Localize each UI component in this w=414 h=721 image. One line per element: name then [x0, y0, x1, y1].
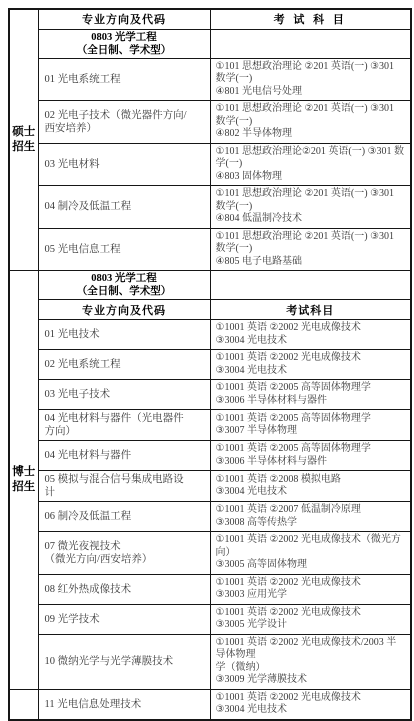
program-name-cell: 01 光电系统工程: [38, 58, 210, 101]
exam-subjects-cell: ①1001 英语 ②2002 光电成像技术（微光方向） ③3005 高等固体物理: [210, 532, 411, 575]
table-row: 硕士 招生专业方向及代码考 试 科 目: [9, 9, 411, 29]
table-row: 博士 招生0803 光学工程 （全日制、学术型）: [9, 271, 411, 300]
table-row: 04 光电材料与器件（光电器件 方向）①1001 英语 ②2005 高等固体物理…: [9, 410, 411, 441]
table-row: 07 微光夜视技术 （微光方向/西安培养）①1001 英语 ②2002 光电成像…: [9, 532, 411, 575]
table-row: 05 模拟与混合信号集成电路设 计①1001 英语 ②2008 模拟电路 ③30…: [9, 471, 411, 502]
table-row: 06 制冷及低温工程①1001 英语 ②2007 低温制冷原理 ③3008 高等…: [9, 502, 411, 532]
admissions-table: 硕士 招生专业方向及代码考 试 科 目0803 光学工程 （全日制、学术型）01…: [8, 8, 412, 612]
program-name-cell: 04 光电材料与器件: [38, 441, 210, 471]
side-label-doctoral: 博士 招生: [9, 271, 38, 613]
program-name-cell: 07 微光夜视技术 （微光方向/西安培养）: [38, 532, 210, 575]
table-row: 01 光电技术①1001 英语 ②2002 光电成像技术 ③3004 光电技术: [9, 320, 411, 350]
program-name-cell: 03 光电子技术: [38, 380, 210, 410]
program-name-cell: 08 红外热成像技术: [38, 574, 210, 604]
exam-subjects-cell: ①101 思想政治理论 ②201 英语(一) ③301 数学(一) ④805 电…: [210, 228, 411, 271]
exam-subjects-cell: ①1001 英语 ②2002 光电成像技术 ③3003 应用光学: [210, 574, 411, 604]
exam-subjects-cell: ①1001 英语 ②2005 高等固体物理学 ③3006 半导体材料与器件: [210, 380, 411, 410]
table-row: 02 光电子技术（微光器件方向/ 西安培养）①101 思想政治理论 ②201 英…: [9, 101, 411, 144]
program-name-cell: 06 制冷及低温工程: [38, 502, 210, 532]
program-name-cell: 09 光学技术: [38, 604, 210, 612]
exam-subjects-cell: ①101 思想政治理论②201 英语(一) ③301 数学(一) ④803 固体…: [210, 143, 411, 186]
table-row: 02 光电系统工程①1001 英语 ②2002 光电成像技术 ③3004 光电技…: [9, 350, 411, 380]
admissions-table-body: 硕士 招生专业方向及代码考 试 科 目0803 光学工程 （全日制、学术型）01…: [9, 9, 411, 612]
exam-subjects-cell: ①1001 英语 ②2008 模拟电路 ③3004 光电技术: [210, 471, 411, 502]
table-row: 04 制冷及低温工程①101 思想政治理论 ②201 英语(一) ③301 数学…: [9, 186, 411, 229]
table-row: 05 光电信息工程①101 思想政治理论 ②201 英语(一) ③301 数学(…: [9, 228, 411, 271]
exam-subjects-cell: ①101 思想政治理论 ②201 英语(一) ③301 数学(一) ④802 半…: [210, 101, 411, 144]
exam-subjects-cell: ①1001 英语 ②2005 高等固体物理学 ③3006 半导体材料与器件: [210, 441, 411, 471]
program-name-cell: 01 光电技术: [38, 320, 210, 350]
column-header-exam: 考 试 科 目: [210, 9, 411, 29]
exam-subjects-cell: ①101 思想政治理论 ②201 英语(一) ③301 数学(一) ④801 光…: [210, 58, 411, 101]
exam-subjects-cell: ①1001 英语 ②2007 低温制冷原理 ③3008 高等传热学: [210, 502, 411, 532]
table-row: 09 光学技术①1001 英语 ②2002 光电成像技术 ③3005 光学设计: [9, 604, 411, 612]
table-row: 08 红外热成像技术①1001 英语 ②2002 光电成像技术 ③3003 应用…: [9, 574, 411, 604]
table-row: 01 光电系统工程①101 思想政治理论 ②201 英语(一) ③301 数学(…: [9, 58, 411, 101]
exam-subjects-cell: ①1001 英语 ②2002 光电成像技术 ③3004 光电技术: [210, 350, 411, 380]
program-name-cell: 04 制冷及低温工程: [38, 186, 210, 229]
column-header-exam: 考试科目: [210, 300, 411, 320]
table-row: 04 光电材料与器件①1001 英语 ②2005 高等固体物理学 ③3006 半…: [9, 441, 411, 471]
table-row: 专业方向及代码考试科目: [9, 300, 411, 320]
table-row: 03 光电材料①101 思想政治理论②201 英语(一) ③301 数学(一) …: [9, 143, 411, 186]
program-name-cell: 02 光电系统工程: [38, 350, 210, 380]
group-title: 0803 光学工程 （全日制、学术型）: [38, 271, 210, 300]
group-title-empty-cell: [210, 271, 411, 300]
group-title: 0803 光学工程 （全日制、学术型）: [38, 29, 210, 58]
program-name-cell: 04 光电材料与器件（光电器件 方向）: [38, 410, 210, 441]
column-header-program: 专业方向及代码: [38, 9, 210, 29]
program-name-cell: 05 光电信息工程: [38, 228, 210, 271]
table-row: 03 光电子技术①1001 英语 ②2005 高等固体物理学 ③3006 半导体…: [9, 380, 411, 410]
column-header-program: 专业方向及代码: [38, 300, 210, 320]
exam-subjects-cell: ①1001 英语 ②2005 高等固体物理学 ③3007 半导体物理: [210, 410, 411, 441]
exam-subjects-cell: ①101 思想政治理论 ②201 英语(一) ③301 数学(一) ④804 低…: [210, 186, 411, 229]
exam-subjects-cell: ①1001 英语 ②2002 光电成像技术 ③3005 光学设计: [210, 604, 411, 612]
program-name-cell: 03 光电材料: [38, 143, 210, 186]
admissions-table-wrapper: 硕士 招生专业方向及代码考 试 科 目0803 光学工程 （全日制、学术型）01…: [8, 8, 410, 612]
group-title-empty-cell: [210, 29, 411, 58]
program-name-cell: 05 模拟与混合信号集成电路设 计: [38, 471, 210, 502]
side-label-master: 硕士 招生: [9, 9, 38, 271]
exam-subjects-cell: ①1001 英语 ②2002 光电成像技术 ③3004 光电技术: [210, 320, 411, 350]
program-name-cell: 02 光电子技术（微光器件方向/ 西安培养）: [38, 101, 210, 144]
table-row: 0803 光学工程 （全日制、学术型）: [9, 29, 411, 58]
